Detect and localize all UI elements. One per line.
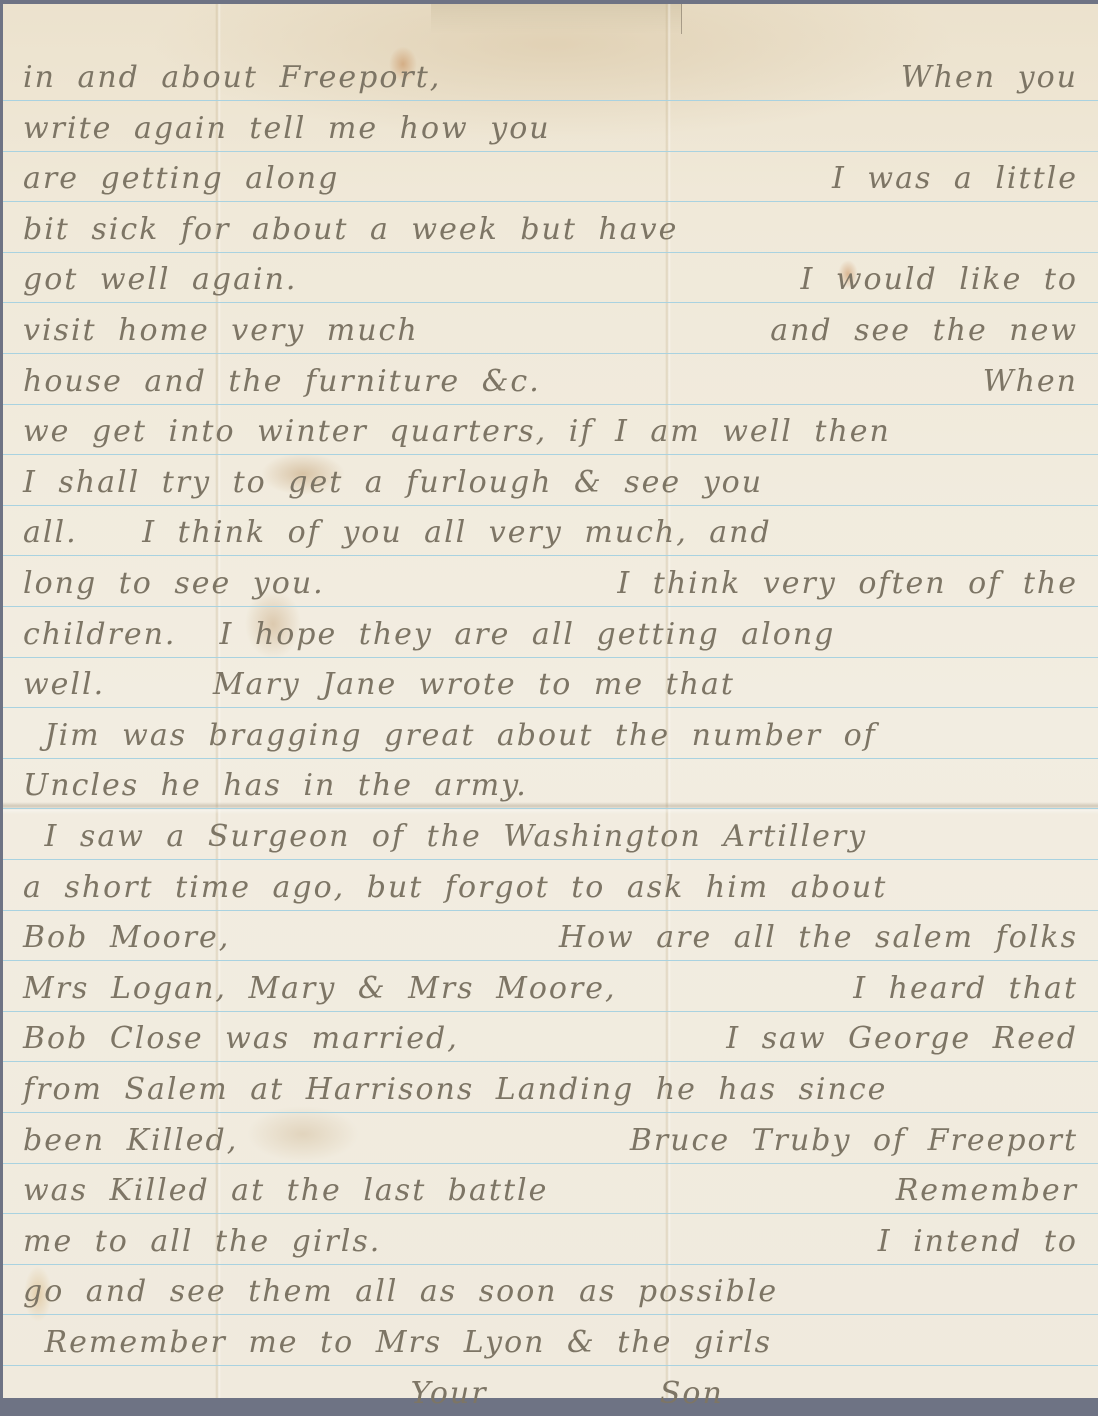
ruled-line [3, 808, 1098, 809]
text-line-right: I would like to [800, 258, 1078, 302]
text-line: well. Mary Jane wrote to me that [23, 663, 1088, 707]
ruled-line [3, 100, 1098, 101]
text-line: Jim was bragging great about the number … [23, 714, 1088, 758]
text-line: all. I think of you all very much, and [23, 511, 1088, 555]
text-line: Bob Moore,How are all the salem folks [23, 916, 1088, 960]
text-line-left: from Salem at Harrisons Landing he has s… [23, 1068, 887, 1112]
text-line-left: Bob Moore, [23, 916, 230, 960]
text-line-left: was Killed at the last battle [23, 1169, 548, 1213]
text-line-left: well. Mary Jane wrote to me that [23, 663, 735, 707]
ruled-line [3, 707, 1098, 708]
text-line: long to see you.I think very often of th… [23, 562, 1088, 606]
text-line-left: I shall try to get a furlough & see you [23, 461, 763, 505]
text-line-left: are getting along [23, 157, 339, 201]
text-line: we get into winter quarters, if I am wel… [23, 410, 1088, 454]
text-line: been Killed,Bruce Truby of Freeport [23, 1119, 1088, 1163]
ruled-line [3, 1264, 1098, 1265]
text-line-right: Bruce Truby of Freeport [630, 1119, 1078, 1163]
text-line: from Salem at Harrisons Landing he has s… [23, 1068, 1088, 1112]
ruled-line [3, 1365, 1098, 1366]
ruled-line [3, 606, 1098, 607]
text-line-left: been Killed, [23, 1119, 238, 1163]
ruled-line [3, 404, 1098, 405]
letter-page: in and about Freeport,When youwrite agai… [3, 4, 1098, 1398]
text-line: in and about Freeport,When you [23, 56, 1088, 100]
text-line-left: bit sick for about a week but have [23, 208, 678, 252]
text-line-left: I saw a Surgeon of the Washington Artill… [23, 815, 867, 859]
text-line: I saw a Surgeon of the Washington Artill… [23, 815, 1088, 859]
text-line-left: Your Son [23, 1372, 724, 1398]
text-line-left: a short time ago, but forgot to ask him … [23, 866, 887, 910]
ruled-line [3, 151, 1098, 152]
text-line-right: How are all the salem folks [559, 916, 1078, 960]
text-line: write again tell me how you [23, 107, 1088, 151]
text-line: I shall try to get a furlough & see you [23, 461, 1088, 505]
text-line: Bob Close was married,I saw George Reed [23, 1017, 1088, 1061]
ruled-line [3, 657, 1098, 658]
text-line-left: got well again. [23, 258, 297, 302]
text-line-left: go and see them all as soon as possible [23, 1270, 778, 1314]
text-line: Uncles he has in the army. [23, 764, 1088, 808]
ruled-line [3, 1213, 1098, 1214]
text-line-left: all. I think of you all very much, and [23, 511, 772, 555]
text-line-right: When [983, 360, 1078, 404]
ruled-line [3, 505, 1098, 506]
text-line-left: Uncles he has in the army. [23, 764, 528, 808]
text-line-right: and see the new [770, 309, 1078, 353]
text-line-left: children. I hope they are all getting al… [23, 613, 835, 657]
text-line-left: we get into winter quarters, if I am wel… [23, 410, 891, 454]
text-line-right: When you [901, 56, 1078, 100]
ruled-line [3, 1112, 1098, 1113]
text-line-right: Remember [896, 1169, 1078, 1213]
ruled-line [3, 201, 1098, 202]
ruled-line [3, 454, 1098, 455]
text-line: a short time ago, but forgot to ask him … [23, 866, 1088, 910]
text-line: me to all the girls.I intend to [23, 1220, 1088, 1264]
text-line: Remember me to Mrs Lyon & the girls [23, 1321, 1088, 1365]
text-line-left: long to see you. [23, 562, 325, 606]
text-line-left: Mrs Logan, Mary & Mrs Moore, [23, 967, 617, 1011]
text-line: house and the furniture &c.When [23, 360, 1088, 404]
text-line: are getting alongI was a little [23, 157, 1088, 201]
text-line: visit home very muchand see the new [23, 309, 1088, 353]
ruled-line [3, 555, 1098, 556]
ruled-line [3, 302, 1098, 303]
ruled-line [3, 758, 1098, 759]
text-line-left: write again tell me how you [23, 107, 551, 151]
text-line-right: I intend to [878, 1220, 1078, 1264]
text-line: children. I hope they are all getting al… [23, 613, 1088, 657]
ruled-line [3, 910, 1098, 911]
text-line-left: visit home very much [23, 309, 419, 353]
text-line-right: I saw George Reed [726, 1017, 1078, 1061]
torn-edge [431, 4, 682, 34]
text-line: Your Son [23, 1372, 1088, 1398]
text-line-right: I was a little [832, 157, 1078, 201]
ruled-line [3, 859, 1098, 860]
text-line-right: I think very often of the [617, 562, 1078, 606]
ruled-line [3, 1314, 1098, 1315]
ruled-line [3, 252, 1098, 253]
text-line-left: in and about Freeport, [23, 56, 441, 100]
text-line: bit sick for about a week but have [23, 208, 1088, 252]
ruled-line [3, 960, 1098, 961]
ruled-line [3, 353, 1098, 354]
text-line-right: I heard that [853, 967, 1078, 1011]
text-line-left: house and the furniture &c. [23, 360, 541, 404]
ruled-line [3, 1011, 1098, 1012]
text-line-left: me to all the girls. [23, 1220, 381, 1264]
ruled-line [3, 1163, 1098, 1164]
text-line-left: Remember me to Mrs Lyon & the girls [23, 1321, 772, 1365]
text-line: Mrs Logan, Mary & Mrs Moore,I heard that [23, 967, 1088, 1011]
text-line: was Killed at the last battleRemember [23, 1169, 1088, 1213]
ruled-line [3, 1061, 1098, 1062]
text-line-left: Bob Close was married, [23, 1017, 459, 1061]
text-line-left: Jim was bragging great about the number … [23, 714, 877, 758]
text-line: got well again.I would like to [23, 258, 1088, 302]
text-line: go and see them all as soon as possible [23, 1270, 1088, 1314]
